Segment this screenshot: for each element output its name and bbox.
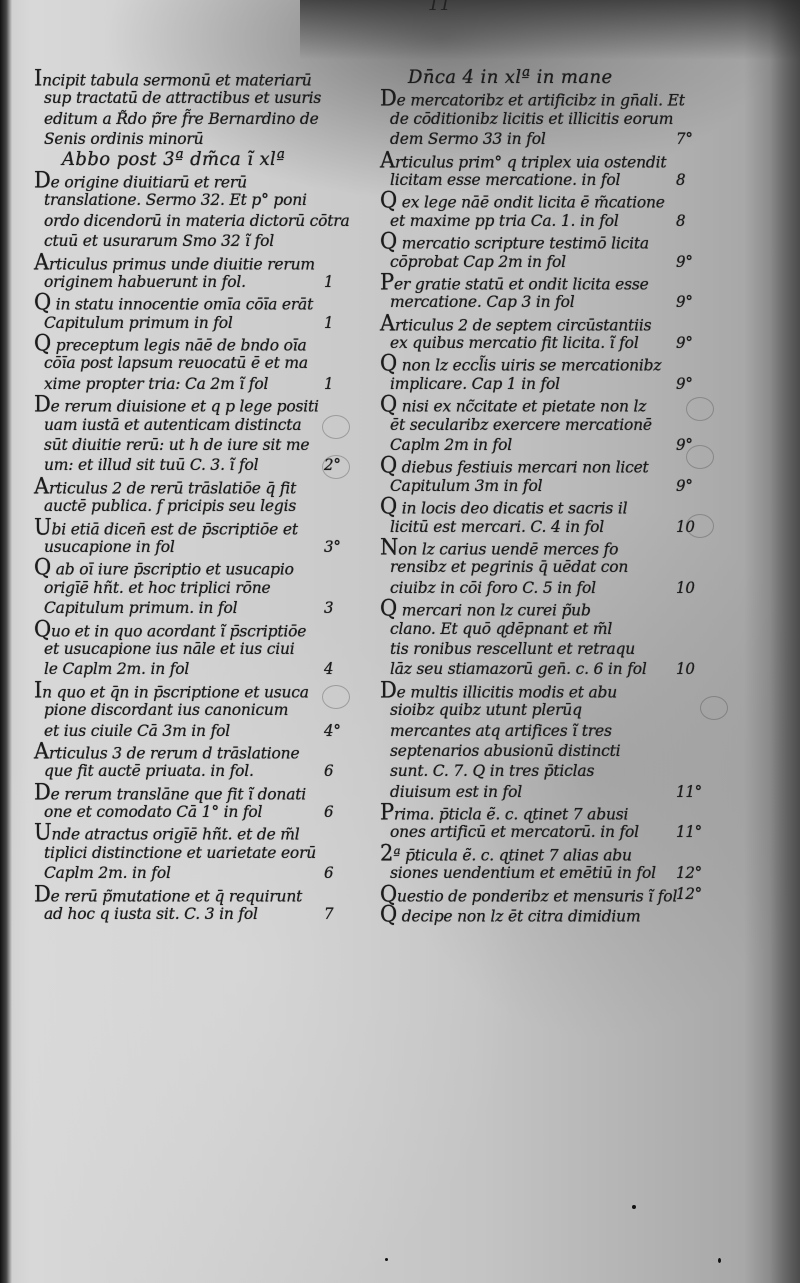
toc-line: que fit auctē priuata. in fol.6: [34, 761, 354, 782]
toc-line: Q diebus festiuis mercari non licet: [380, 455, 700, 476]
toc-line: dem Sermo 33 in fol7°: [380, 129, 700, 150]
toc-line: Q ex lege nāē ondit licita ē m̃catione: [380, 190, 700, 211]
folio-reference: 9°: [676, 292, 693, 313]
toc-line: one et comodato Cā 1° in fol6: [34, 802, 354, 823]
toc-line: cōīa post lapsum reuocatū ē et ma: [34, 353, 354, 374]
toc-line: Articulus 2 de septem circūstantiis: [380, 312, 700, 333]
toc-line: et maxime pp tria Ca. 1. in fol8: [380, 210, 700, 231]
toc-line: De rerum translāne que fit ĩ donati: [34, 781, 354, 802]
toc-line-text: usucapione in fol: [44, 538, 175, 557]
bleed-through-mark: [686, 397, 714, 421]
folio-reference: 8: [676, 210, 685, 231]
folio-reference: 6: [324, 761, 333, 782]
toc-line-text: De rerum translāne que fit ĩ donati: [34, 784, 306, 803]
toc-line-text: xime propter tria: Ca 2m ĩ fol: [44, 374, 268, 393]
folio-reference: 6: [324, 802, 333, 823]
toc-line-text: editum a R̃do p̃re f̃re Bernardino de: [44, 109, 319, 128]
toc-line: uam iustā et autenticam distincta: [34, 414, 354, 435]
toc-line-text: pione discordant ius canonicum: [44, 701, 288, 720]
toc-line-text: Articulus primus unde diuitie rerum: [34, 254, 315, 273]
bleed-through-mark: [322, 415, 350, 439]
toc-line-text: Capitulum 3m in fol: [390, 476, 542, 495]
toc-line-text: Q nisi ex nc̃citate et pietate non lz: [380, 397, 646, 416]
toc-line-text: licitū est mercari. C. 4 in fol: [390, 517, 604, 536]
toc-line-text: sunt. C. 7. Q in tres p̄ticlas: [390, 762, 594, 781]
toc-line-text: Dn̄ca 4 in xlª in mane: [408, 66, 613, 88]
toc-line: Capitulum primum. in fol3: [34, 598, 354, 619]
toc-line: implicare. Cap 1 in fol9°: [380, 373, 700, 394]
toc-line-text: ad hoc q iusta sit. C. 3 in fol: [44, 905, 258, 924]
toc-line-text: et ius ciuile Cā 3m in fol: [44, 721, 230, 740]
toc-line-text: De rerū p̃mutatione et q̄ requirunt: [34, 886, 302, 905]
toc-line-text: De mercatoribz et artificibz in gn̄ali. …: [380, 91, 685, 110]
toc-line: xime propter tria: Ca 2m ĩ fol1: [34, 373, 354, 394]
toc-line-text: Q mercari non lz curei p̃ub: [380, 601, 591, 620]
toc-line: ordo dicendorū in materia dictorū cōtra: [34, 210, 354, 231]
folio-reference: 12°: [676, 883, 702, 904]
toc-line-text: siones uendentium et emētiū in fol: [390, 864, 656, 883]
toc-line: Q mercari non lz curei p̃ub: [380, 598, 700, 619]
toc-line: diuisum est in fol11°: [380, 781, 700, 802]
toc-line: Articulus 3 de rerum d trāslatione: [34, 740, 354, 761]
ink-speck: [385, 1258, 388, 1261]
toc-line-text: ēt secularibz exercere mercationē: [390, 415, 652, 434]
toc-line-text: tis ronibus rescellunt et retraqu: [390, 639, 635, 658]
toc-line: De multis illicitis modis et abu: [380, 679, 700, 700]
folio-reference: 9°: [676, 251, 693, 272]
toc-line: originem habuerunt in fol.1: [34, 271, 354, 292]
ink-speck: [718, 1258, 721, 1263]
toc-line: Articulus 2 de rerū trāslatiōe q̄ fit: [34, 475, 354, 496]
toc-line: mercantes atq artifices ĩ tres: [380, 720, 700, 741]
toc-line-text: Articulus 2 de septem circūstantiis: [380, 315, 651, 334]
toc-line: Q decipe non lz ēt citra dimidium: [380, 904, 700, 925]
toc-line-text: auctē publica. f pricipis seu legis: [44, 497, 296, 516]
toc-line: usucapione in fol3°: [34, 536, 354, 557]
top-edge-stain: [300, 0, 800, 60]
toc-line-text: sūt diuitie rerū: ut h de iure sit me: [44, 436, 309, 455]
toc-line: septenarios abusionū distincti: [380, 740, 700, 761]
toc-line-text: rensibz et pegrinis q̄ uēdat con: [390, 558, 628, 577]
toc-line: Ubi etiā dicen̄ est de p̄scriptiōe et: [34, 516, 354, 537]
blank-lower-margin: [20, 1060, 780, 1283]
toc-line: Unde atractus origīē hñt. et de m̃l: [34, 822, 354, 843]
toc-line-text: que fit auctē priuata. in fol.: [44, 762, 254, 781]
toc-line: ad hoc q iusta sit. C. 3 in fol7: [34, 904, 354, 925]
toc-line: Q nisi ex nc̃citate et pietate non lz: [380, 394, 700, 415]
toc-line-text: tiplici distinctione et uarietate eorū: [44, 843, 316, 862]
toc-line-text: De multis illicitis modis et abu: [380, 682, 617, 701]
toc-line: Q mercatio scripture testimō licita: [380, 231, 700, 252]
right-text-column: Dn̄ca 4 in xlª in maneDe mercatoribz et …: [380, 68, 700, 924]
binding-gutter-shadow: [0, 0, 12, 1283]
toc-line: Articulus primus unde diuitie rerum: [34, 251, 354, 272]
toc-line-text: originem habuerunt in fol.: [44, 272, 246, 291]
folio-number-mark: 11: [428, 0, 451, 15]
toc-line: Questio de ponderibz et mensuris ĩ fol12…: [380, 883, 700, 904]
toc-line-text: um: et illud sit tuū C. 3. ĩ fol: [44, 456, 258, 475]
bleed-through-mark: [686, 514, 714, 538]
folio-reference: 12°: [676, 863, 702, 884]
toc-line-text: mercantes atq artifices ĩ tres: [390, 721, 612, 740]
toc-line: sup tractatū de attractibus et usuris: [34, 88, 354, 109]
toc-line-text: diuisum est in fol: [390, 782, 522, 801]
toc-line-text: Caplm 2m. in fol: [44, 864, 171, 883]
toc-line: sunt. C. 7. Q in tres p̄ticlas: [380, 761, 700, 782]
toc-line-text: Q ex lege nāē ondit licita ē m̃catione: [380, 193, 665, 212]
toc-line-text: ex quibus mercatio fit licita. ĩ fol: [390, 334, 639, 353]
folio-reference: 4: [324, 659, 333, 680]
toc-line: translatione. Sermo 32. Et p° poni: [34, 190, 354, 211]
toc-line-text: Abbo post 3ª dm̃ca ĩ xlª: [62, 148, 285, 170]
toc-line-text: ctuū et usurarum Smo 32 ĩ fol: [44, 232, 274, 251]
toc-line: origīē hñt. et hoc triplici rōne: [34, 577, 354, 598]
bleed-through-mark: [322, 455, 350, 479]
toc-line-text: ciuibz in cōi foro C. 5 in fol: [390, 578, 596, 597]
toc-line-text: licitam esse mercatione. in fol: [390, 170, 620, 189]
ink-speck: [632, 1205, 636, 1209]
toc-line-text: translatione. Sermo 32. Et p° poni: [44, 191, 307, 210]
toc-line-text: de cōditionibz licitis et illicitis eoru…: [390, 109, 673, 128]
toc-line-text: septenarios abusionū distincti: [390, 741, 620, 760]
toc-line-text: sioibz quibz utunt plerūq: [390, 701, 582, 720]
bleed-through-mark: [686, 445, 714, 469]
folio-reference: 4°: [324, 720, 341, 741]
folio-reference: 3: [324, 598, 333, 619]
toc-line: pione discordant ius canonicum: [34, 700, 354, 721]
toc-line-text: lāz seu stiamazorū gen̄. c. 6 in fol: [390, 660, 647, 679]
toc-line: 2ª p̄ticula ẽ. c. ɋtinet 7 alias abu: [380, 842, 700, 863]
toc-line: et ius ciuile Cā 3m in fol4°: [34, 720, 354, 741]
toc-line-text: one et comodato Cā 1° in fol: [44, 803, 262, 822]
toc-line: tiplici distinctione et uarietate eorū: [34, 842, 354, 863]
toc-line: De rerū p̃mutatione et q̄ requirunt: [34, 883, 354, 904]
toc-line: mercatione. Cap 3 in fol9°: [380, 292, 700, 313]
toc-line-text: Articulus prim° q triplex uia ostendit: [380, 152, 666, 171]
section-heading: Abbo post 3ª dm̃ca ĩ xlª: [34, 149, 354, 170]
toc-line-text: dem Sermo 33 in fol: [390, 130, 546, 149]
toc-line-text: Capitulum primum. in fol: [44, 599, 237, 618]
folio-reference: 6: [324, 863, 333, 884]
toc-line-text: De rerum diuisione et q p lege positi: [34, 397, 319, 416]
folio-reference: 11°: [676, 781, 702, 802]
folio-reference: 10: [676, 659, 695, 680]
folio-reference: 1: [324, 312, 333, 333]
toc-line: ex quibus mercatio fit licita. ĩ fol9°: [380, 333, 700, 354]
toc-line: Capitulum 3m in fol9°: [380, 475, 700, 496]
folio-reference: 8: [676, 169, 685, 190]
toc-line-text: cōīa post lapsum reuocatū ē et ma: [44, 354, 308, 373]
bleed-through-mark: [700, 696, 728, 720]
toc-line: rensibz et pegrinis q̄ uēdat con: [380, 557, 700, 578]
toc-line: siones uendentium et emētiū in fol12°: [380, 863, 700, 884]
toc-line-text: le Caplm 2m. in fol: [44, 660, 189, 679]
folio-reference: 7°: [676, 129, 693, 150]
manuscript-folio: 11 Incipit tabula sermonū et materiarūsu…: [0, 0, 800, 1283]
toc-line-text: In quo et q̄n in p̄scriptione et usuca: [34, 682, 309, 701]
toc-line-text: Q diebus festiuis mercari non licet: [380, 458, 649, 477]
toc-line-text: ordo dicendorū in materia dictorū cōtra: [44, 211, 350, 230]
toc-line: ciuibz in cōi foro C. 5 in fol10: [380, 577, 700, 598]
toc-line-text: cōprobat Cap 2m in fol: [390, 252, 566, 271]
toc-line: lāz seu stiamazorū gen̄. c. 6 in fol10: [380, 659, 700, 680]
toc-line-text: et maxime pp tria Ca. 1. in fol: [390, 211, 619, 230]
toc-line-text: Q in statu innocentie omīa cōīa erāt: [34, 295, 313, 314]
toc-line: Incipit tabula sermonū et materiarū: [34, 67, 354, 88]
toc-line-text: Capitulum primum in fol: [44, 313, 233, 332]
toc-line-text: Questio de ponderibz et mensuris ĩ fol: [380, 886, 677, 905]
toc-line: Q preceptum legis nāē de bndo oīa: [34, 333, 354, 354]
toc-line: licitū est mercari. C. 4 in fol10: [380, 516, 700, 537]
toc-line-text: Q ab oī iure p̄scriptio et usucapio: [34, 560, 294, 579]
toc-line: clano. Et quō ɋdēpnant et m̃l: [380, 618, 700, 639]
toc-line: sūt diuitie rerū: ut h de iure sit me: [34, 435, 354, 456]
toc-line-text: Q non lz eccl̃is uiris se mercationibz: [380, 356, 661, 375]
toc-line: De rerum diuisione et q p lege positi: [34, 394, 354, 415]
toc-line-text: uam iustā et autenticam distincta: [44, 415, 301, 434]
toc-line: In quo et q̄n in p̄scriptione et usuca: [34, 679, 354, 700]
toc-line: le Caplm 2m. in fol4: [34, 659, 354, 680]
toc-line: Caplm 2m in fol9°: [380, 435, 700, 456]
folio-reference: 9°: [676, 333, 693, 354]
toc-line: Q ab oī iure p̄scriptio et usucapio: [34, 557, 354, 578]
toc-line-text: ones artificū et mercatorū. in fol: [390, 823, 639, 842]
toc-line: licitam esse mercatione. in fol8: [380, 169, 700, 190]
toc-line: cōprobat Cap 2m in fol9°: [380, 251, 700, 272]
folio-reference: 10: [676, 577, 695, 598]
toc-line: De mercatoribz et artificibz in gn̄ali. …: [380, 88, 700, 109]
toc-line: ones artificū et mercatorū. in fol11°: [380, 822, 700, 843]
toc-line: de cōditionibz licitis et illicitis eoru…: [380, 108, 700, 129]
toc-line: ēt secularibz exercere mercationē: [380, 414, 700, 435]
toc-line-text: implicare. Cap 1 in fol: [390, 374, 560, 393]
toc-line: Capitulum primum in fol1: [34, 312, 354, 333]
toc-line: Articulus prim° q triplex uia ostendit: [380, 149, 700, 170]
toc-line-text: origīē hñt. et hoc triplici rōne: [44, 578, 270, 597]
bleed-through-mark: [322, 685, 350, 709]
toc-line-text: mercatione. Cap 3 in fol: [390, 293, 575, 312]
toc-line-text: Q in locis deo dicatis et sacris il: [380, 499, 627, 518]
folio-reference: 11°: [676, 822, 702, 843]
toc-line: Q in statu innocentie omīa cōīa erāt: [34, 292, 354, 313]
toc-line-text: Q mercatio scripture testimō licita: [380, 234, 649, 253]
folio-reference: 9°: [676, 373, 693, 394]
toc-line-text: Unde atractus origīē hñt. et de m̃l: [34, 825, 300, 844]
toc-line: Caplm 2m. in fol6: [34, 863, 354, 884]
toc-line: Prima. p̄ticla ẽ. c. ɋtinet 7 abusi: [380, 802, 700, 823]
toc-line: Non lz carius uendē merces fo: [380, 536, 700, 557]
toc-line-text: Ubi etiā dicen̄ est de p̄scriptiōe et: [34, 519, 298, 538]
toc-line: editum a R̃do p̃re f̃re Bernardino de: [34, 108, 354, 129]
toc-line: Per gratie statū et ondit licita esse: [380, 271, 700, 292]
folio-reference: 9°: [676, 475, 693, 496]
toc-line-text: et usucapione ius nāle et ius ciui: [44, 639, 295, 658]
toc-line: Senis ordinis minorū: [34, 129, 354, 150]
folio-reference: 1: [324, 271, 333, 292]
folio-reference: 3°: [324, 536, 341, 557]
toc-line: tis ronibus rescellunt et retraqu: [380, 638, 700, 659]
toc-line: um: et illud sit tuū C. 3. ĩ fol2°: [34, 455, 354, 476]
toc-line: auctē publica. f pricipis seu legis: [34, 496, 354, 517]
toc-line-text: sup tractatū de attractibus et usuris: [44, 89, 321, 108]
toc-line: Q in locis deo dicatis et sacris il: [380, 496, 700, 517]
toc-line-text: Caplm 2m in fol: [390, 436, 512, 455]
folio-reference: 7: [324, 904, 333, 925]
left-text-column: Incipit tabula sermonū et materiarūsup t…: [34, 68, 354, 924]
toc-line: ctuū et usurarum Smo 32 ĩ fol: [34, 231, 354, 252]
section-heading: Dn̄ca 4 in xlª in mane: [380, 67, 700, 88]
toc-line: De origine diuitiarū et rerū: [34, 169, 354, 190]
toc-line-text: Q decipe non lz ēt citra dimidium: [380, 907, 640, 926]
toc-line: et usucapione ius nāle et ius ciui: [34, 638, 354, 659]
toc-line-text: Quo et in quo acordant ĩ p̄scriptiōe: [34, 621, 306, 640]
folio-reference: 1: [324, 373, 333, 394]
toc-line: Q non lz eccl̃is uiris se mercationibz: [380, 353, 700, 374]
toc-line: Quo et in quo acordant ĩ p̄scriptiōe: [34, 618, 354, 639]
toc-line: sioibz quibz utunt plerūq: [380, 700, 700, 721]
toc-line-text: Senis ordinis minorū: [44, 130, 203, 149]
toc-line-text: clano. Et quō ɋdēpnant et m̃l: [390, 619, 612, 638]
